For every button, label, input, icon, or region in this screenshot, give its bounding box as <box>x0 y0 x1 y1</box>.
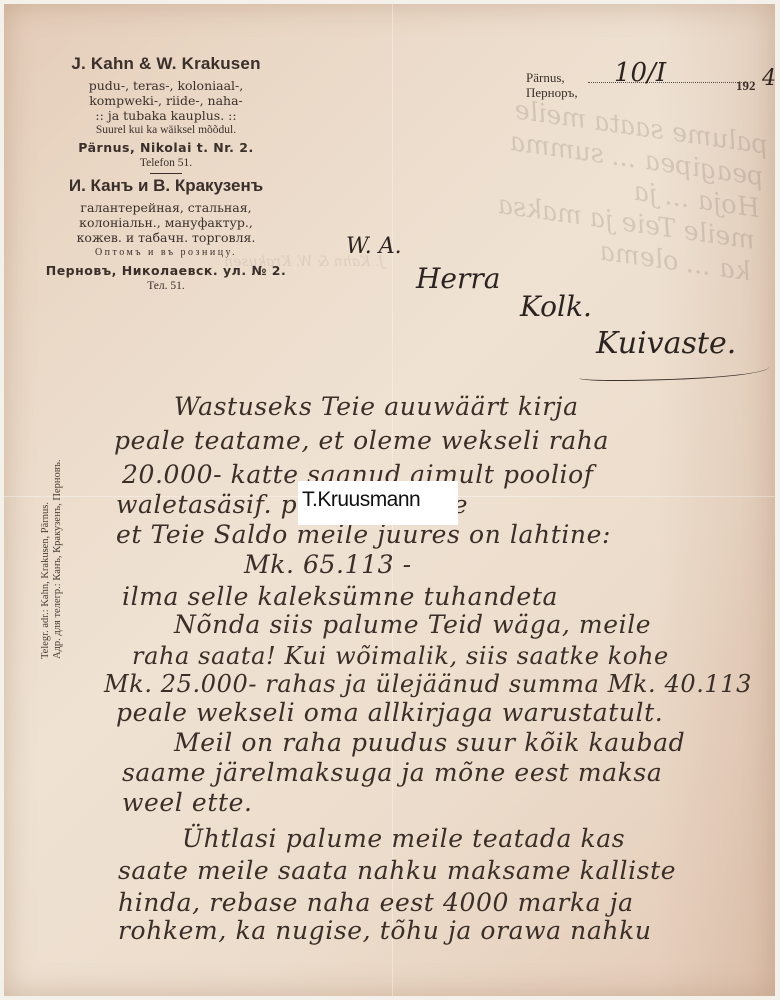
body-line: peale wekseli oma allkirjaga warustatult… <box>116 698 663 727</box>
telephone-ru: Тел. 51. <box>38 279 294 293</box>
body-line: Mk. 25.000- rahas ja ülejäänud summa Mk.… <box>104 670 752 698</box>
address-prefix: W. A. <box>346 234 402 259</box>
firm-name-et: J. Kahn & W. Krakusen <box>38 54 294 74</box>
body-line: Ühtlasi palume meile teatada kas <box>182 824 625 853</box>
telegraph-line-et: Telegr. adr.: Kahn, Krakusen, Pärnus. <box>40 359 52 659</box>
body-line: rohkem, ka nugise, tõhu ja orawa nahku <box>118 916 652 945</box>
body-line: weel ette. <box>122 788 253 817</box>
firm-name-ru: И. Канъ и В. Кракузенъ <box>38 176 294 196</box>
body-line: peale teatame, et oleme wekseli raha <box>114 426 609 455</box>
address-place: Kuivaste. <box>596 326 736 361</box>
telephone-et: Telefon 51. <box>38 156 294 170</box>
goods-line-ru: кожев. и табачн. торговля. <box>38 230 294 245</box>
address-et: Pärnus, Nikolai t. Nr. 2. <box>38 140 294 156</box>
address-ru: Перновъ, Николаевск. ул. № 2. <box>38 263 294 279</box>
body-line: raha saata! Kui wõimalik, siis saatke ko… <box>132 642 669 670</box>
address-name: Kolk. <box>520 290 592 323</box>
telegraph-address: Telegr. adr.: Kahn, Krakusen, Pärnus. Ад… <box>40 359 64 659</box>
letter-page: palume saata meile peagipea ... summa Ho… <box>4 4 775 996</box>
handwritten-date: 10/I <box>614 58 666 88</box>
wholesale-note-ru: Оптомъ и въ розницу. <box>38 245 294 261</box>
body-line: saame järelmaksuga ja mõne eest maksa <box>122 758 662 787</box>
telegraph-line-ru: Адр. для телегр.: Канъ, Кракузенъ, Перно… <box>52 359 64 659</box>
year-printed: 192 <box>736 78 756 94</box>
body-line-amount: Mk. 65.113 - <box>244 550 412 579</box>
year-handwritten: 4 <box>762 66 775 91</box>
goods-line-ru: колоніальн., мануфактур., <box>38 215 294 230</box>
goods-line-ru: галантерейная, стальная, <box>38 200 294 215</box>
body-line: saate meile saata nahku maksame kalliste <box>118 856 676 885</box>
city-et: Pärnus, <box>526 70 565 86</box>
letterhead-divider <box>150 173 182 174</box>
body-line: Wastuseks Teie auuwäärt kirja <box>174 392 579 421</box>
goods-line: kompweki-, riide-, naha- <box>38 93 294 108</box>
body-line: Nõnda siis palume Teid wäga, meile <box>174 610 651 639</box>
address-salutation: Herra <box>416 262 500 295</box>
date-dotted-line <box>588 82 748 83</box>
goods-line: :: ja tubaka kauplus. :: <box>38 108 294 123</box>
goods-line: pudu-, teras-, koloniaal-, <box>38 78 294 93</box>
letterhead: J. Kahn & W. Krakusen pudu-, teras-, kol… <box>38 54 294 293</box>
wholesale-note-et: Suurel kui ka wäiksel mõõdul. <box>38 123 294 138</box>
city-ru: Перноръ, <box>526 85 578 101</box>
body-line: ilma selle kaleksümne tuhandeta <box>122 582 558 611</box>
redaction-label: T.Kruusmann <box>302 488 420 512</box>
body-line: hinda, rebase naha eest 4000 marka ja <box>118 888 634 917</box>
dateline: Pärnus, Перноръ, 10/I 192 4 <box>526 64 775 114</box>
body-line: Meil on raha puudus suur kõik kaubad <box>174 728 685 757</box>
